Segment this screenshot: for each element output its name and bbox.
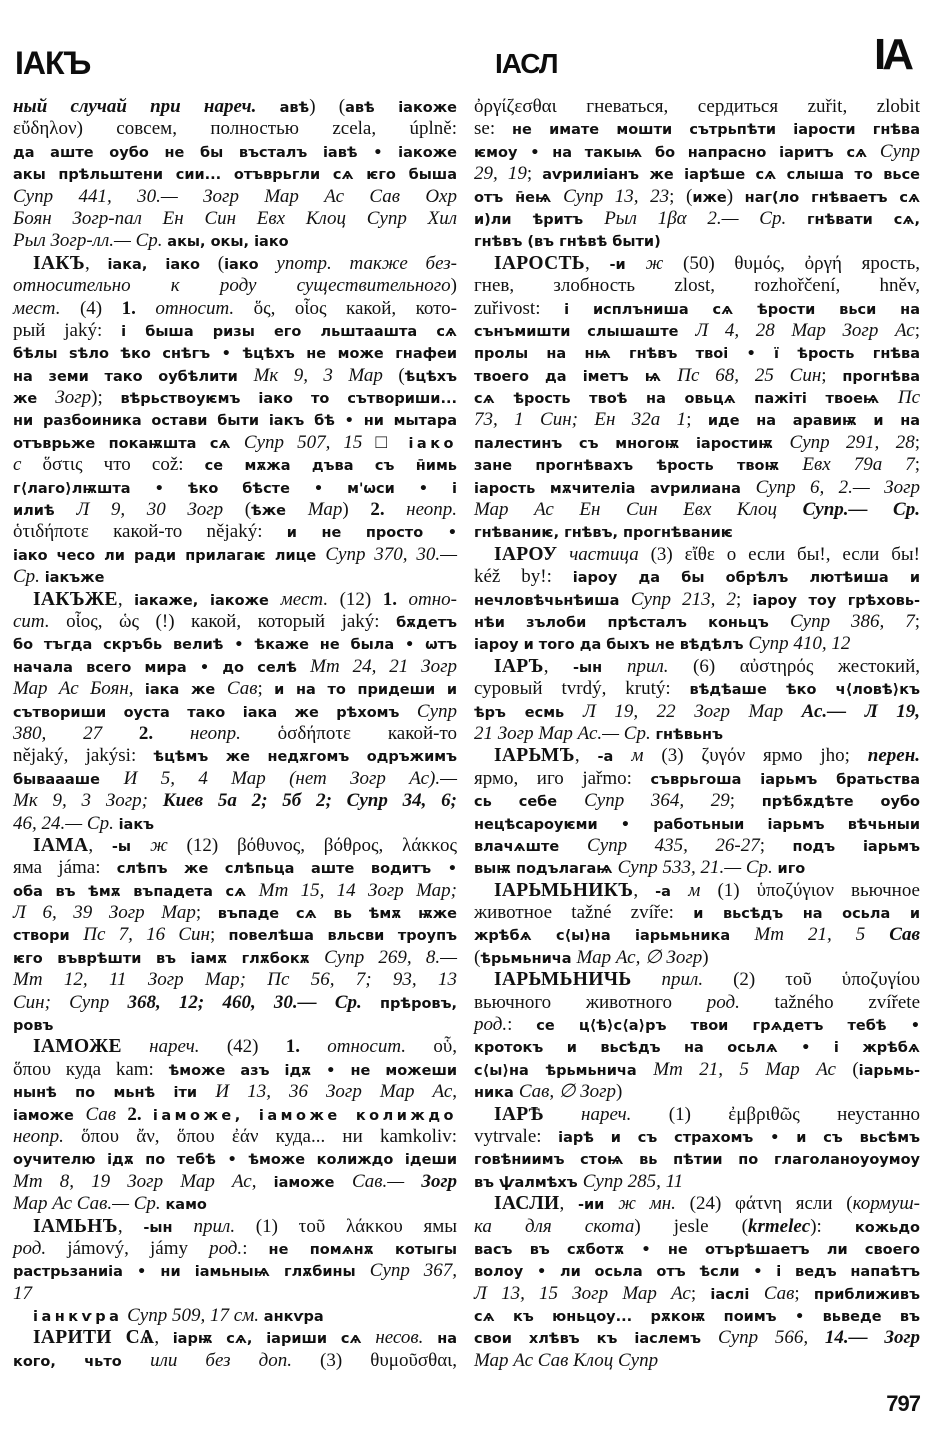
entry-line: 29, 19; аѵрилиіанъ же іарѣше сѧ слыша то… (474, 163, 920, 185)
ocs-quotation: і исплъниша сѧ ѣрости вьси на (564, 302, 920, 318)
source-citation: Рыл Зогр-лл.— Ср. (13, 230, 167, 251)
ocs-quotation: отъврьже покаѭшта сѧ (13, 436, 244, 452)
entry-line: род.: се ц⟨ѣ⟩с⟨а⟩ръ твои грѧдетъ тебѣ • (474, 1014, 920, 1036)
source-citation: 46, 24.— Ср. (13, 813, 119, 834)
gloss-text: (3) θυμοῦσθαι, (292, 1350, 457, 1371)
ocs-quotation: сь себе (474, 794, 584, 810)
entry-line: растрьзаниіа • ни іамьныѩ глѫбины Супр 3… (13, 1260, 457, 1282)
source-citation: Супр 566, (718, 1327, 825, 1348)
entry-line: акы прѣльштени сии... отъврьгли сѧ ѥго б… (13, 163, 457, 185)
source-citation: ка для скота (474, 1216, 634, 1237)
gloss-text: , (118, 589, 134, 610)
gloss-text: , (88, 835, 112, 856)
entry-line: начала всего мира • до селѣ Мт 24, 21 Зо… (13, 656, 457, 678)
source-citation: Мар Ас Боян (13, 678, 129, 699)
dictionary-entry: іанкѵра Супр 509, 17 см. анкѵра (13, 1305, 457, 1327)
gloss-text: ; (915, 432, 920, 453)
bold-citation: Ас.— Л 19, (802, 701, 920, 722)
source-citation: Супр 269, 8.— (324, 947, 457, 968)
gloss-text: □ (362, 432, 408, 453)
source-citation: Пс 7, 16 Син (83, 924, 210, 945)
gloss-text: ) (616, 1081, 622, 1102)
gloss-text: : (242, 1238, 268, 1259)
ocs-quotation: іаслі (710, 1287, 763, 1303)
ocs-quotation: съврьгоша іарьмъ братьства (650, 772, 920, 788)
headword: ІАКЪ (33, 253, 85, 274)
gloss-text: (42) (200, 1036, 286, 1057)
gloss-text: tažného zvířete (740, 992, 920, 1013)
entry-line: 21 Зогр Мар Ас.— Ср. гнѣвьнъ (474, 723, 920, 745)
entry-line: Мт 12, 11 Зогр Мар; Пс 56, 7; 93, 13 (13, 969, 457, 991)
entry-line: суровый tvrdý, krutý: вѣдѣаше ѣко ч⟨ловѣ… (474, 678, 920, 700)
source-citation: мест. (13, 298, 60, 319)
source-citation: Супр 386, 7 (790, 611, 915, 632)
gloss-text: (24) φάτνη ясли ( (676, 1193, 853, 1214)
ocs-quotation: нечловѣчьнѣиша (474, 593, 631, 609)
ocs-quotation: кого, чьто (13, 1354, 150, 1370)
entry-line: іароу и того да быхъ не вѣдѣлъ Супр 410,… (474, 633, 920, 655)
entry-line: твоего да іметъ ѩ Пс 68, 25 Син; прогнѣв… (474, 365, 920, 387)
source-citation: Сав (85, 1104, 116, 1125)
dictionary-entry: ІАРЬМЪ, -а м (3) ζυγόν ярмо jho; перен.я… (474, 745, 920, 879)
ocs-quotation: ѣможе азъ ідѫ • не можеши (169, 1063, 457, 1079)
ocs-quotation: ѥмоу • на такыѩ бо напрасно іаритъ сѧ (474, 145, 880, 161)
sense-number: 1. (286, 1036, 328, 1057)
entry-line: въ ѱалмѣхъ Супр 285, 11 (474, 1171, 920, 1193)
entry-line: ІАРОСТЬ, -и ж (50) θυμός, ὀργή ярость, (474, 253, 920, 275)
ocs-quotation: акы прѣльштени сии... отъврьгли сѧ ѥго б… (13, 167, 457, 183)
entry-line: нѣи зълоби прѣсталъ коньцъ Супр 386, 7; (474, 611, 920, 633)
entry-line: илиѣ Л 9, 30 Зогр (ѣже Мар) 2. неопр. (13, 499, 457, 521)
entry-line: на земи тако оубѣлити Мк 9, 3 Мар (ѣцѣхъ (13, 365, 457, 387)
ocs-quotation: іарѭ сѧ, іариши сѧ (173, 1331, 376, 1347)
source-citation: Мт 8, 19 Зогр Мар Ас (13, 1171, 252, 1192)
source-citation: Мт 12, 11 Зогр Мар; Пс 56, 7; 93, 13 (13, 969, 457, 990)
entry-line: влачѧште Супр 435, 26-27; подъ іарьмъ (474, 835, 920, 857)
source-citation: м (688, 880, 700, 901)
headword: ІАРЪ (494, 656, 544, 677)
page-number: 797 (886, 1393, 920, 1415)
source-citation: относит. (327, 1036, 406, 1057)
gloss-text: (12) (328, 589, 383, 610)
ocs-quotation: гнѣвьнъ (655, 727, 723, 743)
entry-line: Мт 8, 19 Зогр Мар Ас, іаможе Сав.— Зогр (13, 1171, 457, 1193)
headword: ІАРЬМЬНИЧЬ (494, 969, 632, 990)
source-citation: Супр 13, 23 (563, 186, 669, 207)
entry-line: сит. οἷος, ὡς (!) какой, который jaký: б… (13, 611, 457, 633)
source-citation: Ср. (13, 566, 45, 587)
gloss-text: ; (915, 454, 920, 475)
gloss-text: животное tažné zvíře: (474, 902, 693, 923)
entry-line: сѧ ѣрость твоѣ на овьцѧ пажіті твоеѩ Пс (474, 387, 920, 409)
source-citation: 380, 27 (13, 723, 139, 744)
bold-citation: Зогр (421, 1171, 457, 1192)
source-citation: Сав, ∅ Зогр (519, 1081, 616, 1102)
entry-line: ровъ (13, 1014, 457, 1036)
entry-line: с⟨ы⟩на ѣрьмьнича Мт 21, 5 Мар Ас (іарьмь… (474, 1059, 920, 1081)
source-citation: Син; Супр (13, 992, 127, 1013)
gloss-text: яма jáma: (13, 857, 117, 878)
source-citation: род. (209, 1238, 242, 1259)
entry-line: животное tažné zvíře: и вьсѣдъ на осьла … (474, 902, 920, 924)
gloss-text: рый jaký: (13, 320, 121, 341)
gloss-text: ( (223, 499, 251, 520)
source-citation: Сав (764, 1283, 795, 1304)
source-citation: Супр 410, 12 (749, 633, 851, 654)
source-citation: несов. (375, 1327, 423, 1348)
entry-line: отъ н̄еѩ Супр 13, 23; (иже) наг(ло гнѣва… (474, 186, 920, 208)
entry-line: род. jámový, jámy род.: не помѧнѫ котыгы (13, 1238, 457, 1260)
source-citation: Супр 367, (370, 1260, 457, 1281)
ocs-quotation: жрѣбѧ с⟨ы⟩на іарьмьника (474, 928, 754, 944)
bold-citation: перен. (868, 745, 920, 766)
gloss-text: ; (691, 1283, 711, 1304)
sense-number: 2. (370, 499, 406, 520)
ocs-quotation: се мѫжа дъва съ н̄имь (205, 458, 457, 474)
source-citation: род. (474, 1014, 507, 1035)
ocs-quotation: іароу да бы обрѣлъ лютѣиша и (573, 570, 920, 586)
gloss-text: (3) ζυγόν ярмо jho; (644, 745, 868, 766)
dictionary-entry: ІАРЬМЬНИЧЬ прил. (2) τοῦ ὑποζυγίουвьючно… (474, 969, 920, 1103)
entry-line: оба въ ѣмѫ въпадета сѧ Мт 15, 14 Зогр Ма… (13, 880, 457, 902)
source-citation: Пс 68, 25 Син (677, 365, 821, 386)
source-citation: 29, 19 (474, 163, 527, 184)
entry-line: вьючного животного род. tažného zvířete (474, 992, 920, 1014)
entry-line: ІАРЬМЪ, -а м (3) ζυγόν ярмо jho; перен. (474, 745, 920, 767)
ocs-quotation: и не просто • (287, 525, 457, 541)
gloss-text: (1) ἐμβριθῶς неустанно (631, 1104, 920, 1125)
entry-line: яма jáma: слѣпъ же слѣпьца аште водитъ • (13, 857, 457, 879)
source-citation: прил. (194, 1216, 236, 1237)
ocs-quotation: и на то придеши и (274, 682, 457, 698)
entry-line: vytrvale: іарѣ и съ страхомъ • и съ вьсѣ… (474, 1126, 920, 1148)
entry-line: іанкѵра Супр 509, 17 см. анкѵра (13, 1305, 457, 1327)
source-citation: Л 19, 22 Зогр Мар (583, 701, 802, 722)
headword: ІАРѢ (494, 1104, 544, 1125)
source-citation: Мар Ас, ∅ Зогр (577, 947, 703, 968)
ocs-quotation: ни разбоиника остави быти іакъ бѣ • ни м… (13, 413, 457, 429)
source-citation: Мт 21, 5 Мар Ас (653, 1059, 836, 1080)
source-citation: Рыл 1βα 2.— Ср. (604, 208, 807, 229)
source-citation: Мт 15, 14 Зогр Мар; (259, 880, 457, 901)
headword: ІАМОЖЕ (33, 1036, 122, 1057)
gloss-text: ; (915, 320, 920, 341)
gloss-text: , (633, 880, 655, 901)
source-citation: Супр 370, 30.— (325, 544, 457, 565)
source-citation: ж (150, 835, 168, 856)
gloss-text: , (585, 253, 609, 274)
gloss-text: вьючного животного (474, 992, 707, 1013)
source-citation: неопр. (190, 723, 241, 744)
sense-number: 2. (127, 1104, 153, 1125)
gloss-text: ; (527, 163, 542, 184)
bold-citation: Супр.— Ср. (803, 499, 920, 520)
source-citation: частица (557, 544, 638, 565)
sense-number: 1. (122, 298, 156, 319)
entry-line: васъ въ сѫботѫ • не отърѣшаетъ ли своего (474, 1238, 920, 1260)
entry-line: ный случай при нареч. авѣ) (авѣ іакоже (13, 96, 457, 118)
source-citation: Боян Зогр-пал Ен Син Евх Клоц Супр Хил (13, 208, 457, 229)
ocs-quotation: іароу и того да быхъ не вѣдѣлъ (474, 637, 749, 653)
headword: ІАМЬНЪ (33, 1216, 118, 1237)
source-citation: 17 (13, 1283, 32, 1304)
entry-line: свои хлѣвъ къ іаслемъ Супр 566, 14.— Зог… (474, 1327, 920, 1349)
gloss-text: se: (474, 118, 512, 139)
ocs-quotation: створи (13, 928, 83, 944)
gloss-text: vytrvale: (474, 1126, 558, 1147)
spaced-ocs-text: іаможе, іаможе колиждо (153, 1108, 457, 1124)
entry-line: Мар Ас Ен Син Евх Клоц Супр.— Ср. (474, 499, 920, 521)
entry-line: ὀργίζεσθαι гневаться, сердиться zuřit, z… (474, 96, 920, 118)
ocs-quotation: іаможе (13, 1108, 85, 1124)
source-citation: Л 4, 28 Мар Зогр Ас (695, 320, 914, 341)
gloss-text: ); (91, 387, 120, 408)
entry-line: Л 6, 39 Зогр Мар; въпаде сѧ вь ѣмѫ ѭже (13, 902, 457, 924)
ocs-quotation: іакъже (45, 570, 105, 586)
gloss-text: , (452, 1081, 457, 1102)
entry-line: Рыл Зогр-лл.— Ср. акы, окы, іако (13, 230, 457, 252)
source-citation: кормуш- (853, 1193, 920, 1214)
ocs-quotation: г⟨лаго⟩лѭшта • ѣко бѣсте • м'ѡси • і (13, 481, 457, 497)
gloss-text: суровый tvrdý, krutý: (474, 678, 690, 699)
source-citation: Евх 79а 7 (802, 454, 914, 475)
entry-line: и)ли ѣритъ Рыл 1βα 2.— Ср. гнѣвати сѧ, (474, 208, 920, 230)
gloss-text: (2) τοῦ ὑποζυγίου (703, 969, 920, 990)
entry-line: ІАРИТИ СѦ, іарѭ сѧ, іариши сѧ несов. на (13, 1327, 457, 1349)
ocs-quotation: оучителю ідѫ по тебѣ • ѣможе колиждо іде… (13, 1152, 457, 1168)
ocs-quotation: іакаже, іакоже (134, 593, 281, 609)
entry-line: kéž by!: іароу да бы обрѣлъ лютѣиша и (474, 566, 920, 588)
ocs-quotation: на (423, 1331, 457, 1347)
entry-line: ІАРЬМЬНИЧЬ прил. (2) τοῦ ὑποζυγίου (474, 969, 920, 991)
ocs-quotation: іарьмь- (859, 1063, 920, 1079)
source-citation: Мар Ас Сав Клоц Супр (474, 1350, 658, 1371)
ocs-quotation: повелѣша вльсви троупъ (228, 928, 457, 944)
source-citation: Супр 441, 30.— Зогр Мар Ас Сав Охр (13, 186, 457, 207)
ocs-quotation: оба въ ѣмѫ въпадета сѧ (13, 884, 259, 900)
entry-line: же Зогр); вѣрьствоуѥмъ іако то сътвориши… (13, 387, 457, 409)
gloss-text: гнев, злобность zlost, rozhořčení, hněv, (474, 275, 920, 296)
ocs-quotation: акы, окы, іако (167, 234, 288, 250)
ocs-quotation: прогнѣва (842, 369, 920, 385)
ocs-quotation: нѣи зълоби прѣсталъ коньцъ (474, 615, 790, 631)
ocs-quotation: сѧ ѣрость твоѣ на овьцѧ пажіті твоеѩ (474, 391, 898, 407)
source-citation: употр. также без- (259, 253, 457, 274)
headword: ІАКЪЖЕ (33, 589, 118, 610)
gloss-text: ὁσδήποτε какой-то (241, 723, 457, 744)
source-citation: ж мн. (618, 1193, 676, 1214)
entry-line: бѣлы ѕѣло ѣко снѣгъ • ѣцѣхъ не може гнаф… (13, 342, 457, 364)
dictionary-entry: ІАРЪ, -ын прил. (6) αὐστηρός жестокий,су… (474, 656, 920, 746)
entry-line: ѥмоу • на такыѩ бо напрасно іаритъ сѧ Су… (474, 141, 920, 163)
entry-line: ὁτιδήποτε какой-то nějaký: и не просто • (13, 521, 457, 543)
entry-line: Мар Ас Боян, іака же Сав; и на то придеш… (13, 678, 457, 700)
entry-line: Супр 441, 30.— Зогр Мар Ас Сав Охр (13, 186, 457, 208)
ocs-quotation: -ии (578, 1197, 618, 1213)
gloss-text: οἷος, ὡς (!) какой, который jaký: (50, 611, 396, 632)
entry-line: ІАКЪ, іака, іако (іако употр. также без- (13, 253, 457, 275)
ocs-quotation: іака, іако (107, 257, 200, 273)
entry-line: бо тъгда скръбь велиѣ • ѣкаже не была • … (13, 633, 457, 655)
gloss-text: , (560, 1193, 578, 1214)
source-citation: или без доп. (150, 1350, 292, 1371)
entry-line: Мар Ас Сав Клоц Супр (474, 1350, 920, 1372)
ocs-quotation: и)ли ѣритъ (474, 212, 604, 228)
dictionary-entry: ІАМОЖЕ нареч. (42) 1. относит. οὗ,ὅπου к… (13, 1036, 457, 1215)
ocs-quotation: ѣже (251, 503, 308, 519)
ocs-quotation: гнѣвати сѧ, (807, 212, 920, 228)
entry-line: se: не имате мошти сътрьпѣти іарости гнѣ… (474, 118, 920, 140)
source-citation: Зогр (55, 387, 91, 408)
gloss-text: , (252, 1171, 274, 1192)
gloss-text: ; (736, 589, 752, 610)
ocs-quotation: іакъ (119, 817, 155, 833)
ocs-quotation: иго (778, 861, 806, 877)
bold-citation: ный случай при нареч. (13, 96, 280, 117)
entry-line: выѭ подълагаѩ Супр 533, 21.— Ср. иго (474, 857, 920, 879)
ocs-quotation: ѥго въврѣшти въ іамѫ глѫбокѫ (13, 951, 324, 967)
entry-line: Л 13, 15 Зогр Мар Ас; іаслі Сав; приближ… (474, 1283, 920, 1305)
gloss-text: ὅπου куда kam: (13, 1059, 169, 1080)
source-citation: Супр 285, 11 (583, 1171, 683, 1192)
dictionary-entry: ІАРОУ частица (3) εἴθε о если бы!, если … (474, 544, 920, 656)
headword: ІАРОУ (494, 544, 557, 565)
source-citation: Супр 507, 15 (244, 432, 363, 453)
source-citation: Супр 533, 21.— Ср. (618, 857, 778, 878)
ocs-quotation: иже (692, 190, 726, 206)
source-citation: Мк 9, 3 Зогр; (13, 790, 163, 811)
gloss-text: ( (836, 1059, 859, 1080)
gloss-text: ; (821, 365, 842, 386)
entry-line: пролы на нѩ гнѣвъ твоі • ї ѣрость гнѣва (474, 342, 920, 364)
entry-line: говѣниимъ стоѩ вь пѣтии по глаголаноуоум… (474, 1148, 920, 1170)
gloss-text: οὗ, (406, 1036, 457, 1057)
bold-citation: 368, 12; 460, 30.— Ср. (127, 992, 380, 1013)
entry-line: зане прогнѣвахъ ѣрость твоѭ Евх 79а 7; (474, 454, 920, 476)
gloss-text: ) (727, 186, 745, 207)
entry-line: гнѣваниѥ, гнѣвъ, прогнѣваниѥ (474, 521, 920, 543)
source-citation: мест. (281, 589, 328, 610)
ocs-quotation: илиѣ (13, 503, 76, 519)
source-citation: Супр 291, 28 (790, 432, 915, 453)
source-citation: И 5, 4 Мар (нет Зогр Ас).— (124, 768, 457, 789)
source-citation: Пс (898, 387, 920, 408)
gloss-text: ὅπου ἄν, ὅπου ἐάν куда... ни kamkoliv: (64, 1126, 457, 1147)
ocs-quotation: -а (655, 884, 688, 900)
gloss-text: : (507, 1014, 536, 1035)
source-citation: относит. (155, 298, 234, 319)
sense-number: 1. (383, 589, 409, 610)
ocs-quotation: -а (597, 749, 631, 765)
ocs-quotation: іака же (145, 682, 227, 698)
source-citation: неопр. (406, 499, 457, 520)
entry-line: сътвориши оуста тако іака же рѣхомъ Супр (13, 701, 457, 723)
ocs-quotation: прѣровъ, (380, 996, 457, 1012)
dictionary-entry: ІАМЬНЪ, -ын прил. (1) τοῦ λάκκου ямырод.… (13, 1216, 457, 1306)
gloss-text: , (118, 1216, 143, 1237)
ocs-quotation: сътвориши оуста тако іака же рѣхомъ (13, 705, 417, 721)
entry-line: сѧ къ юньцоу... рѫкоѭ поимъ • вьведе въ (474, 1305, 920, 1327)
entry-line: 380, 27 2. неопр. ὁσδήποτε какой-то (13, 723, 457, 745)
entry-line: Боян Зогр-пал Ен Син Евх Клоц Супр Хил (13, 208, 457, 230)
entry-line: іарость мѫчителіа аѵрилиана Супр 6, 2.— … (474, 477, 920, 499)
source-citation: Мар Ас Ен Син Евх Клоц (474, 499, 803, 520)
ocs-quotation: ѣрьмьнича (480, 951, 576, 967)
source-citation: 73, 1 Син; Ен 32а 1 (474, 409, 686, 430)
ocs-quotation: бѣлы ѕѣло ѣко снѣгъ • ѣцѣхъ не може гнаф… (13, 346, 457, 362)
entry-line: ІАРОУ частица (3) εἴθε о если бы!, если … (474, 544, 920, 566)
gloss-text: (6) αὐστηρός жестокий, (669, 656, 921, 677)
ocs-quotation: въпаде сѧ вь ѣмѫ ѭже (218, 906, 457, 922)
ocs-quotation: іако (224, 257, 259, 273)
entry-line: неопр. ὅπου ἄν, ὅπου ἐάν куда... ни kamk… (13, 1126, 457, 1148)
ocs-quotation: анкѵра (264, 1309, 324, 1325)
source-citation: Сав.— (352, 1171, 421, 1192)
gloss-text: ( (200, 253, 224, 274)
entry-line: ІАКЪЖЕ, іакаже, іакоже мест. (12) 1. отн… (13, 589, 457, 611)
entry-line: Мар Ас Сав.— Ср. камо (13, 1193, 457, 1215)
entry-line: Мк 9, 3 Зогр; Киев 5а 2; 5б 2; Супр 34, … (13, 790, 457, 812)
headword: ІАСЛИ (494, 1193, 560, 1214)
gloss-text: ; (210, 924, 229, 945)
dictionary-entry: ІАРѢ нареч. (1) ἐμβριθῶς неустанноvytrva… (474, 1104, 920, 1194)
source-citation: ж (646, 253, 664, 274)
dictionary-entry: ІАКЪ, іака, іако (іако употр. также без-… (13, 253, 457, 589)
ocs-quotation: твоего да іметъ ѩ (474, 369, 677, 385)
ocs-quotation: не имате мошти сътрьпѣти іарости гнѣва (512, 122, 920, 138)
entry-line: г⟨лаго⟩лѭшта • ѣко бѣсте • м'ѡси • і (13, 477, 457, 499)
gloss-text: ) jesle ( (634, 1216, 748, 1237)
bold-citation: 14.— Зогр (825, 1327, 920, 1348)
source-citation: Л 13, 15 Зогр Мар Ас (474, 1283, 691, 1304)
gloss-text: (12) βόθυνος, βόθρος, λάκκος (168, 835, 457, 856)
entry-line: ІАМА, -ы ж (12) βόθυνος, βόθρος, λάκκος (13, 835, 457, 857)
entry-line: εὔδηλον) совсем, полностью zcela, úplně: (13, 118, 457, 140)
ocs-quotation: волоу • ли осьла отъ ѣсли • і ведъ напаѣ… (474, 1264, 920, 1280)
gloss-text: zuřivost: (474, 298, 564, 319)
gloss-text: ) (451, 275, 457, 296)
ocs-quotation: сънъмишти слышаште (474, 324, 695, 340)
source-citation: нареч. (544, 1104, 632, 1125)
ocs-quotation: слѣпъ же слѣпьца аште водитъ • (117, 861, 457, 877)
entry-line: 46, 24.— Ср. іакъ (13, 813, 457, 835)
dictionary-entry: ὀργίζεσθαι гневаться, сердиться zuřit, z… (474, 96, 920, 253)
ocs-quotation: нецѣсароуѥми • работьныи іарьмъ вѣчьныи (474, 817, 920, 833)
source-citation: Супр 364, 29 (584, 790, 730, 811)
gloss-text: ; (196, 902, 218, 923)
ocs-quotation: се ц⟨ѣ⟩с⟨а⟩ръ твои грѧдетъ тебѣ • (536, 1018, 920, 1034)
entry-line: ника Сав, ∅ Зогр) (474, 1081, 920, 1103)
source-citation: Мк 9, 3 Мар (254, 365, 383, 386)
ocs-quotation: иде на аравиѭ и на (708, 413, 920, 429)
source-citation: Л 9, 30 Зогр (76, 499, 223, 520)
source-citation: Супр (417, 701, 457, 722)
ocs-quotation: на земи тако оубѣлити (13, 369, 254, 385)
headword: ІАРЬМЪ (494, 745, 575, 766)
gloss-text: ярмо, иго jařmo: (474, 768, 650, 789)
bold-citation: Сав (889, 924, 920, 945)
source-citation: Мар (308, 499, 343, 520)
gloss-text (116, 1104, 127, 1125)
gloss-text: (50) θυμός, ὀργή ярость, (663, 253, 920, 274)
entry-line: (ѣрьмьнича Мар Ас, ∅ Зогр) (474, 947, 920, 969)
ocs-quotation: с⟨ы⟩на ѣрьмьнича (474, 1063, 653, 1079)
gloss-text: ; (760, 835, 793, 856)
ocs-quotation: гнѣвъ (въ гнѣвѣ быти) (474, 234, 661, 250)
ocs-quotation: палестинъ съ многоѭ іаростиѭ (474, 436, 790, 452)
headword: ІАРОСТЬ (494, 253, 585, 274)
ocs-quotation: іарость мѫчителіа аѵрилиана (474, 481, 756, 497)
